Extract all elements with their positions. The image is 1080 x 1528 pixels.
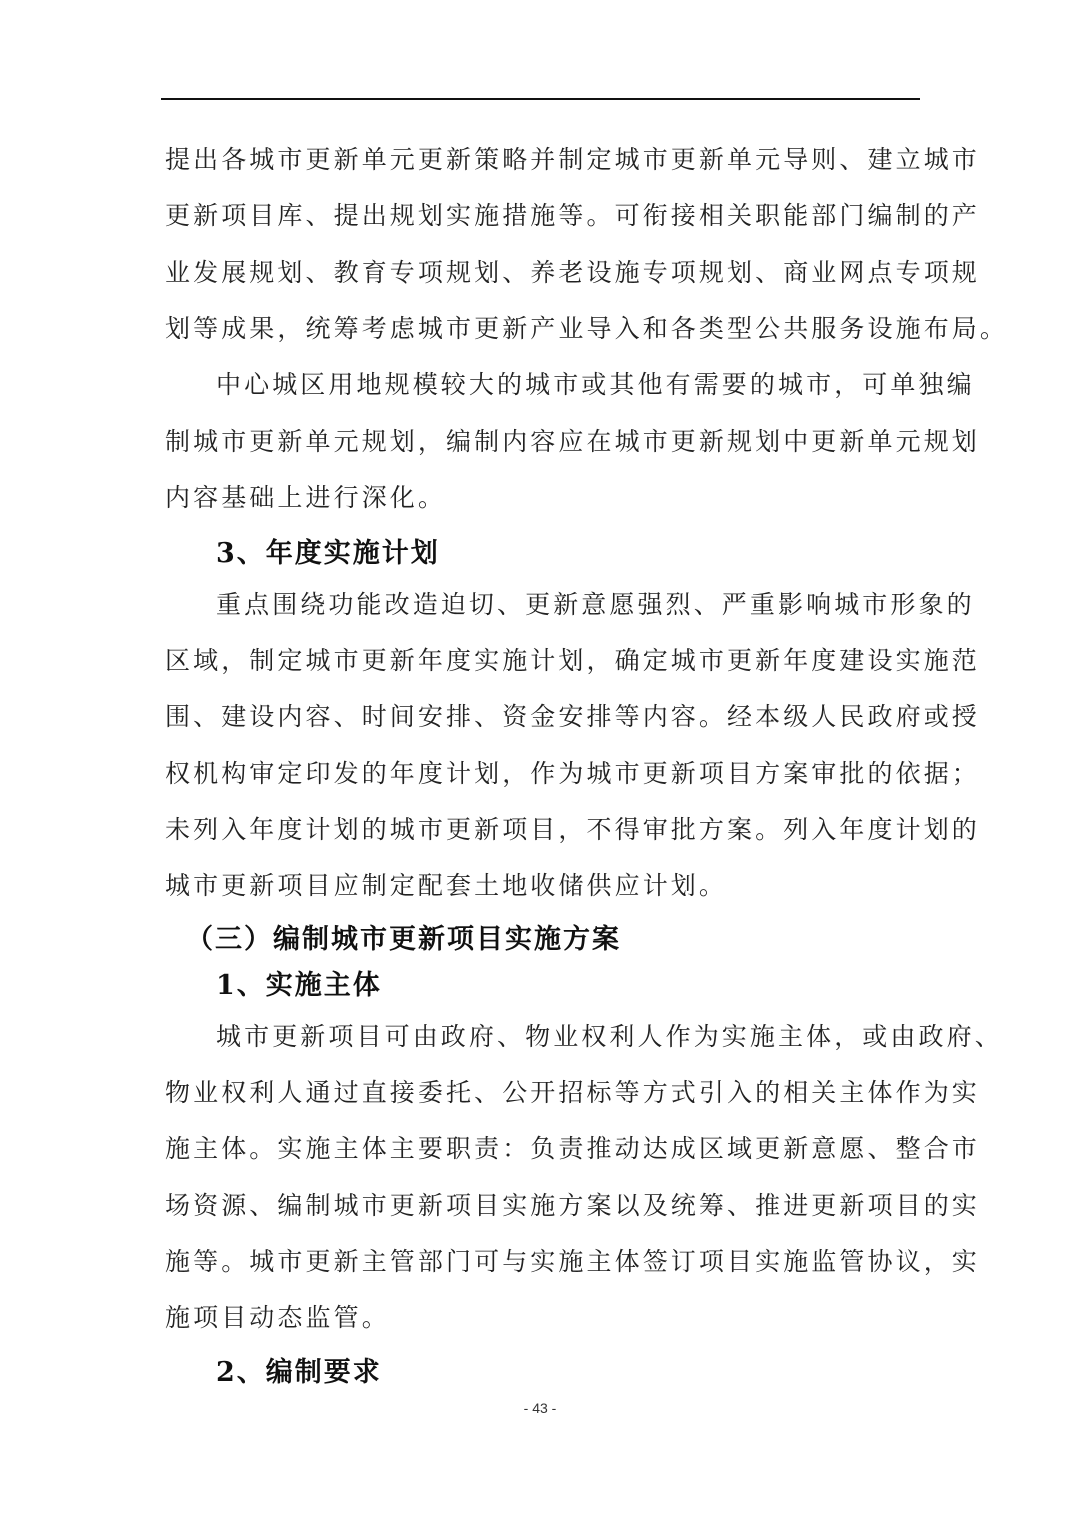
paragraph-line: 施等。城市更新主管部门可与实施主体签订项目实施监管协议，实	[165, 1247, 925, 1277]
paragraph-line: 业发展规划、教育专项规划、养老设施专项规划、商业网点专项规	[165, 258, 925, 288]
paragraph-line: 围、建设内容、时间安排、资金安排等内容。经本级人民政府或授	[165, 702, 925, 732]
paragraph-line: 重点围绕功能改造迫切、更新意愿强烈、严重影响城市形象的	[216, 590, 976, 620]
paragraph-line: 提出各城市更新单元更新策略并制定城市更新单元导则、建立城市	[165, 145, 925, 175]
paragraph-line: 城市更新项目可由政府、物业权利人作为实施主体，或由政府、	[216, 1022, 976, 1052]
paragraph-line: 区域，制定城市更新年度实施计划，确定城市更新年度建设实施范	[165, 646, 925, 676]
paragraph-line: 施主体。实施主体主要职责：负责推动达成区域更新意愿、整合市	[165, 1134, 925, 1164]
paragraph-line: 制城市更新单元规划，编制内容应在城市更新规划中更新单元规划	[165, 427, 925, 457]
paragraph-line: 物业权利人通过直接委托、公开招标等方式引入的相关主体作为实	[165, 1078, 925, 1108]
paragraph-line: 未列入年度计划的城市更新项目，不得审批方案。列入年度计划的	[165, 815, 925, 845]
heading-section-three: （三）编制城市更新项目实施方案	[186, 924, 621, 956]
paragraph-line: 场资源、编制城市更新项目实施方案以及统筹、推进更新项目的实	[165, 1191, 925, 1221]
paragraph-line: 城市更新项目应制定配套土地收储供应计划。	[165, 871, 925, 901]
paragraph-line: 权机构审定印发的年度计划，作为城市更新项目方案审批的依据；	[165, 759, 925, 789]
heading-annual-plan: 3、年度实施计划	[216, 538, 440, 570]
heading-implementer: 1、实施主体	[216, 970, 382, 1002]
page-number: - 43 -	[0, 1400, 1080, 1416]
header-rule	[161, 98, 920, 100]
paragraph-line: 中心城区用地规模较大的城市或其他有需要的城市，可单独编	[216, 370, 976, 400]
paragraph-line: 施项目动态监管。	[165, 1303, 925, 1333]
paragraph-line: 内容基础上进行深化。	[165, 483, 925, 513]
paragraph-line: 划等成果，统筹考虑城市更新产业导入和各类型公共服务设施布局。	[165, 314, 925, 344]
heading-requirements: 2、编制要求	[216, 1357, 382, 1389]
paragraph-line: 更新项目库、提出规划实施措施等。可衔接相关职能部门编制的产	[165, 201, 925, 231]
